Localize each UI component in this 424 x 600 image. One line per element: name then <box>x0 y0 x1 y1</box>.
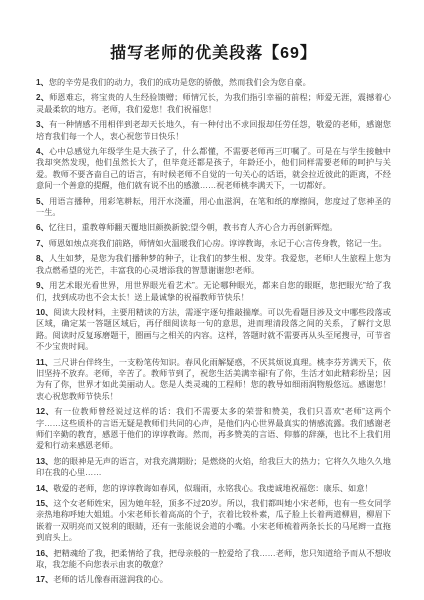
paragraph-item: 13、您的眼神是无声的语言，对我充满期盼；是燃烧的火焰，给我巨大的热力；它将久久… <box>36 456 391 479</box>
paragraph-text: 忆往日，重教尊师翻天覆地旧颜换新貌;望今朝，教书育人齐心合力再创新辉煌。 <box>49 223 338 232</box>
paragraph-text: 把精魂给了我，把柔情给了我，把母亲般的一腔爱给了我……老师，您只知道给予而从不想… <box>36 549 391 569</box>
page-title: 描写老师的优美段落【69】 <box>36 40 391 63</box>
paragraph-text: 您的眼神是无声的语言，对我充满期盼；是燃烧的火焰，给我巨大的热力；它将久久地久久… <box>36 457 391 477</box>
paragraph-text: 这个女老师姓宋，因为她年轻，顶多不过20岁。所以，我们都叫她小宋老师，也有一些女… <box>36 499 391 542</box>
paragraph-text: 人生如梦，是您为我们播种梦的种子，让我们的梦生根、发芽。我爱您，老师!人生旅程上… <box>36 254 391 274</box>
paragraph-number: 2、 <box>36 93 49 102</box>
paragraph-number: 8、 <box>36 254 49 263</box>
paragraph-item: 15、这个女老师姓宋，因为她年轻，顶多不过20岁。所以，我们都叫她小宋老师，也有… <box>36 498 391 544</box>
paragraph-text: 有一位教师曾经说过这样的话：我们不需要太多的荣誉和赞美，我们只喜欢“老师”这两个… <box>36 407 391 450</box>
paragraph-item: 3、有一种情感不用相伴到老却天长地久，有一种付出不求回报却任劳任怨，敬爱的老师，… <box>36 119 391 142</box>
paragraph-item: 1、您的辛劳是我们的动力，我们的成功是您的骄傲，然而我们会为您自豪。 <box>36 77 391 88</box>
paragraph-number: 12、 <box>36 407 54 416</box>
paragraph-number: 11、 <box>36 358 53 367</box>
paragraph-number: 15、 <box>36 499 53 508</box>
paragraph-number: 13、 <box>36 457 53 466</box>
paragraph-item: 4、心中总感觉九年级学生是大孩子了，什么都懂，不需要老师再三叮嘱了。可是在与学生… <box>36 146 391 192</box>
paragraph-text: 老师的话儿像春雨滋润我的心。 <box>53 575 168 584</box>
paragraph-number: 7、 <box>36 239 49 248</box>
paragraph-text: 阅读大段材料，主要用精读的方法，需逐字逐句推敲揣摩。可以先看题目涉及文中哪些段落… <box>36 308 391 351</box>
paragraph-text: 师恩如烛点亮我们前路，师情如火温暖我们心房。谆谆教诲，永记于心;言传身教，铭记一… <box>49 239 387 248</box>
paragraph-number: 10、 <box>36 308 53 317</box>
paragraph-item: 9、用艺术眼光看世界，用世界眼光看艺术”。无论哪种眼光，都来自您的眼眶，您把眼光… <box>36 280 391 303</box>
paragraph-number: 17、 <box>36 575 53 584</box>
paragraph-item: 16、把精魂给了我，把柔情给了我，把母亲般的一腔爱给了我……老师，您只知道给予而… <box>36 548 391 571</box>
document-page: 描写老师的优美段落【69】 1、您的辛劳是我们的动力，我们的成功是您的骄傲，然而… <box>0 0 424 600</box>
paragraph-text: 师恩难忘，将宝贵的人生经验馈赠；师情冗长，为我们指引幸福的前程；师爱无涯，震撼着… <box>36 93 391 113</box>
paragraph-text: 用艺术眼光看世界，用世界眼光看艺术”。无论哪种眼光，都来自您的眼眶，您把眼光”给… <box>36 281 391 301</box>
paragraph-number: 1、 <box>36 78 49 87</box>
paragraph-number: 16、 <box>36 549 53 558</box>
paragraph-text: 用语言播种，用彩笔耕耘，用汗水浇灌，用心血滋润，在笔和纸的摩擦间，您度过了您神圣… <box>36 197 391 217</box>
paragraph-number: 6、 <box>36 223 49 232</box>
paragraph-text: 有一种情感不用相伴到老却天长地久，有一种付出不求回报却任劳任怨，敬爱的老师，感谢… <box>36 120 391 140</box>
paragraph-number: 3、 <box>36 120 49 129</box>
paragraph-item: 17、老师的话儿像春雨滋润我的心。 <box>36 574 391 585</box>
paragraph-item: 5、用语言播种，用彩笔耕耘，用汗水浇灌，用心血滋润，在笔和纸的摩擦间，您度过了您… <box>36 196 391 219</box>
paragraph-item: 12、有一位教师曾经说过这样的话：我们不需要太多的荣誉和赞美，我们只喜欢“老师”… <box>36 406 391 452</box>
paragraph-number: 9、 <box>36 281 49 290</box>
paragraph-text: 三尺讲台伴终生，一支粉笔传知识。春风化雨解疑惑，不厌其烦说真理。桃李芬芳满天下，… <box>36 358 391 401</box>
paragraph-item: 2、师恩难忘，将宝贵的人生经验馈赠；师情冗长，为我们指引幸福的前程；师爱无涯，震… <box>36 92 391 115</box>
paragraph-text: 您的辛劳是我们的动力，我们的成功是您的骄傲，然而我们会为您自豪。 <box>49 78 311 87</box>
paragraph-text: 敬爱的老师，您的谆谆教诲如春风，似瑞雨，永铭我心。我虔诚地祝福您：康乐、如意！ <box>53 484 372 493</box>
paragraph-number: 4、 <box>36 147 49 156</box>
paragraph-item: 11、三尺讲台伴终生，一支粉笔传知识。春风化雨解疑惑，不厌其烦说真理。桃李芬芳满… <box>36 357 391 403</box>
paragraph-text: 心中总感觉九年级学生是大孩子了，什么都懂，不需要老师再三叮嘱了。可是在与学生接触… <box>36 147 391 190</box>
paragraph-item: 8、人生如梦，是您为我们播种梦的种子，让我们的梦生根、发芽。我爱您，老师!人生旅… <box>36 253 391 276</box>
paragraph-item: 7、师恩如烛点亮我们前路，师情如火温暖我们心房。谆谆教诲，永记于心;言传身教，铭… <box>36 238 391 249</box>
paragraph-item: 10、阅读大段材料，主要用精读的方法，需逐字逐句推敲揣摩。可以先看题目涉及文中哪… <box>36 307 391 353</box>
paragraph-item: 6、忆往日，重教尊师翻天覆地旧颜换新貌;望今朝，教书育人齐心合力再创新辉煌。 <box>36 222 391 233</box>
paragraph-number: 5、 <box>36 197 49 206</box>
paragraph-number: 14、 <box>36 484 53 493</box>
paragraph-item: 14、敬爱的老师，您的谆谆教诲如春风，似瑞雨，永铭我心。我虔诚地祝福您：康乐、如… <box>36 483 391 494</box>
